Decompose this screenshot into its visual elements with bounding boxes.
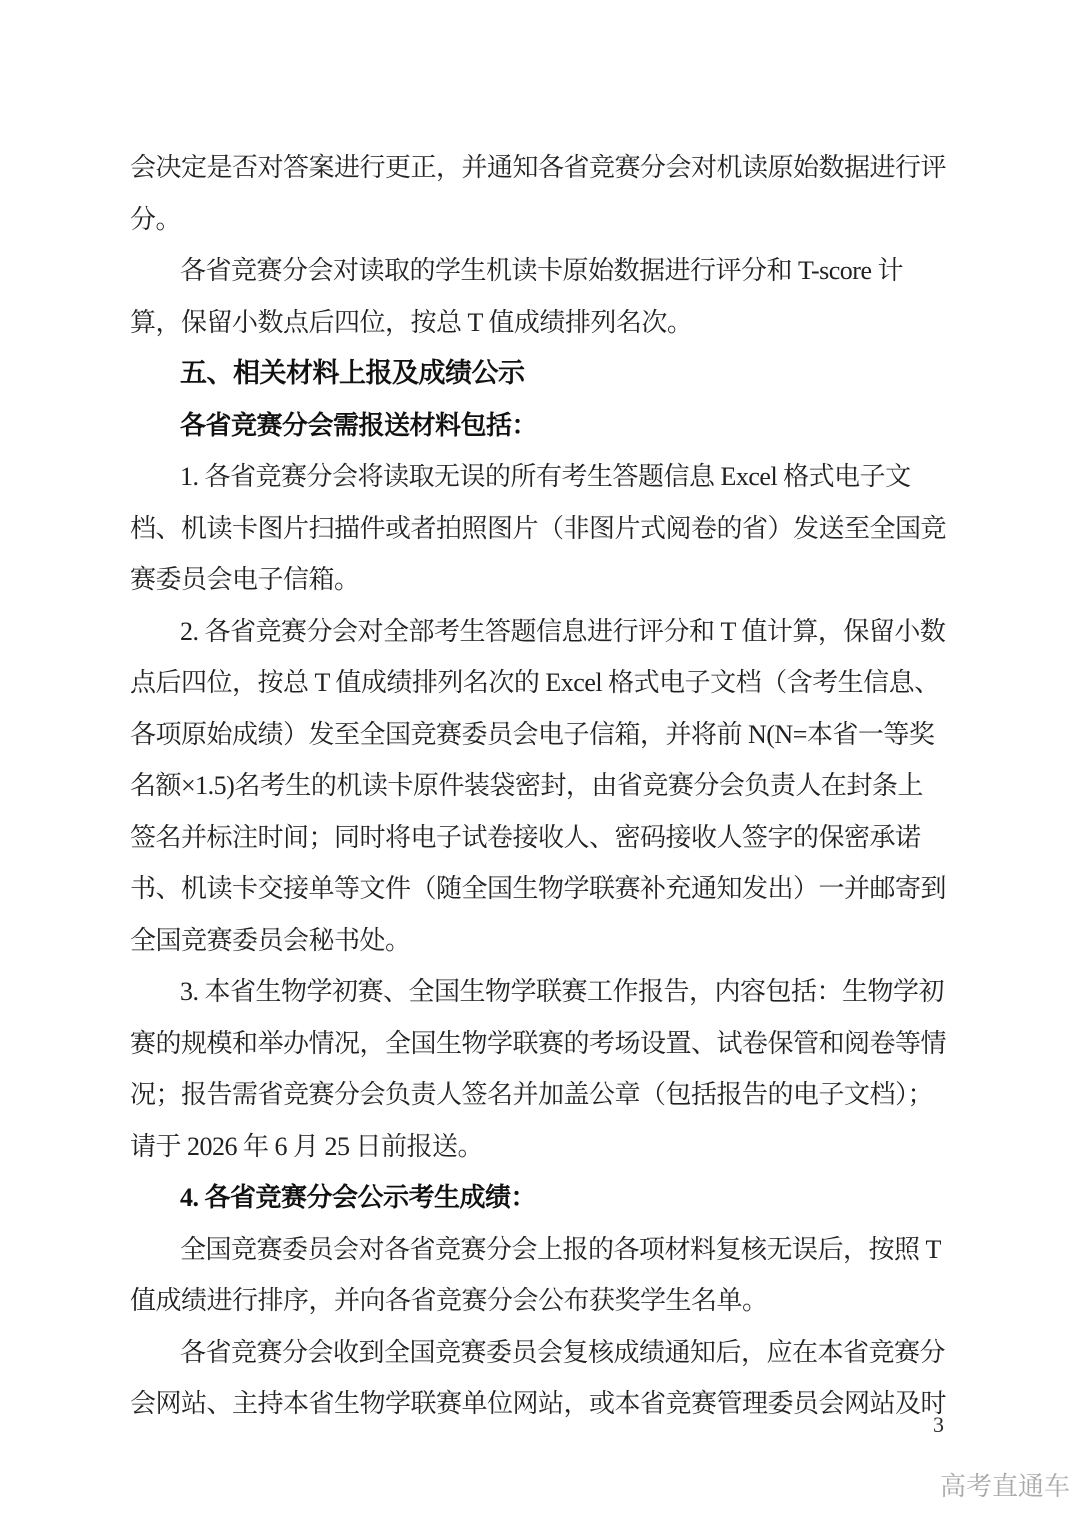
document-line: 各省竞赛分会对读取的学生机读卡原始数据进行评分和 T-score 计 — [130, 245, 960, 297]
page-number: 3 — [933, 1410, 944, 1440]
subsection-heading: 各省竞赛分会需报送材料包括： — [130, 400, 960, 452]
document-line: 书、机读卡交接单等文件（随全国生物学联赛补充通知发出）一并邮寄到 — [130, 863, 960, 915]
document-line: 会网站、主持本省生物学联赛单位网站，或本省竞赛管理委员会网站及时 — [130, 1378, 960, 1430]
document-line: 点后四位，按总 T 值成绩排列名次的 Excel 格式电子文档（含考生信息、 — [130, 657, 960, 709]
document-line: 会决定是否对答案进行更正，并通知各省竞赛分会对机读原始数据进行评 — [130, 142, 960, 194]
document-line: 名额×1.5)名考生的机读卡原件装袋密封，由省竞赛分会负责人在封条上 — [130, 760, 960, 812]
document-line: 全国竞赛委员会秘书处。 — [130, 915, 960, 967]
document-line: 值成绩进行排序，并向各省竞赛分会公布获奖学生名单。 — [130, 1275, 960, 1327]
document-line: 1. 各省竞赛分会将读取无误的所有考生答题信息 Excel 格式电子文 — [130, 451, 960, 503]
document-line: 请于 2026 年 6 月 25 日前报送。 — [130, 1121, 960, 1173]
document-line: 况；报告需省竞赛分会负责人签名并加盖公章（包括报告的电子文档）； — [130, 1069, 960, 1121]
document-line: 分。 — [130, 194, 960, 246]
document-line: 3. 本省生物学初赛、全国生物学联赛工作报告，内容包括：生物学初 — [130, 966, 960, 1018]
subsection-heading: 4. 各省竞赛分会公示考生成绩： — [130, 1172, 960, 1224]
document-line: 档、机读卡图片扫描件或者拍照图片（非图片式阅卷的省）发送至全国竞 — [130, 503, 960, 555]
document-line: 算，保留小数点后四位，按总 T 值成绩排列名次。 — [130, 297, 960, 349]
document-page: 会决定是否对答案进行更正，并通知各省竞赛分会对机读原始数据进行评 分。 各省竞赛… — [0, 0, 1080, 1526]
document-line: 赛委员会电子信箱。 — [130, 554, 960, 606]
document-line: 签名并标注时间；同时将电子试卷接收人、密码接收人签字的保密承诺 — [130, 812, 960, 864]
document-line: 2. 各省竞赛分会对全部考生答题信息进行评分和 T 值计算，保留小数 — [130, 606, 960, 658]
document-line: 赛的规模和举办情况，全国生物学联赛的考场设置、试卷保管和阅卷等情 — [130, 1018, 960, 1070]
document-line: 各项原始成绩）发至全国竞赛委员会电子信箱，并将前 N(N=本省一等奖 — [130, 709, 960, 761]
document-line: 全国竞赛委员会对各省竞赛分会上报的各项材料复核无误后，按照 T — [130, 1224, 960, 1276]
section-heading: 五、相关材料上报及成绩公示 — [130, 348, 960, 400]
document-body: 会决定是否对答案进行更正，并通知各省竞赛分会对机读原始数据进行评 分。 各省竞赛… — [130, 142, 960, 1430]
watermark-label: 高考直通车 — [940, 1468, 1070, 1504]
document-line: 各省竞赛分会收到全国竞赛委员会复核成绩通知后，应在本省竞赛分 — [130, 1327, 960, 1379]
